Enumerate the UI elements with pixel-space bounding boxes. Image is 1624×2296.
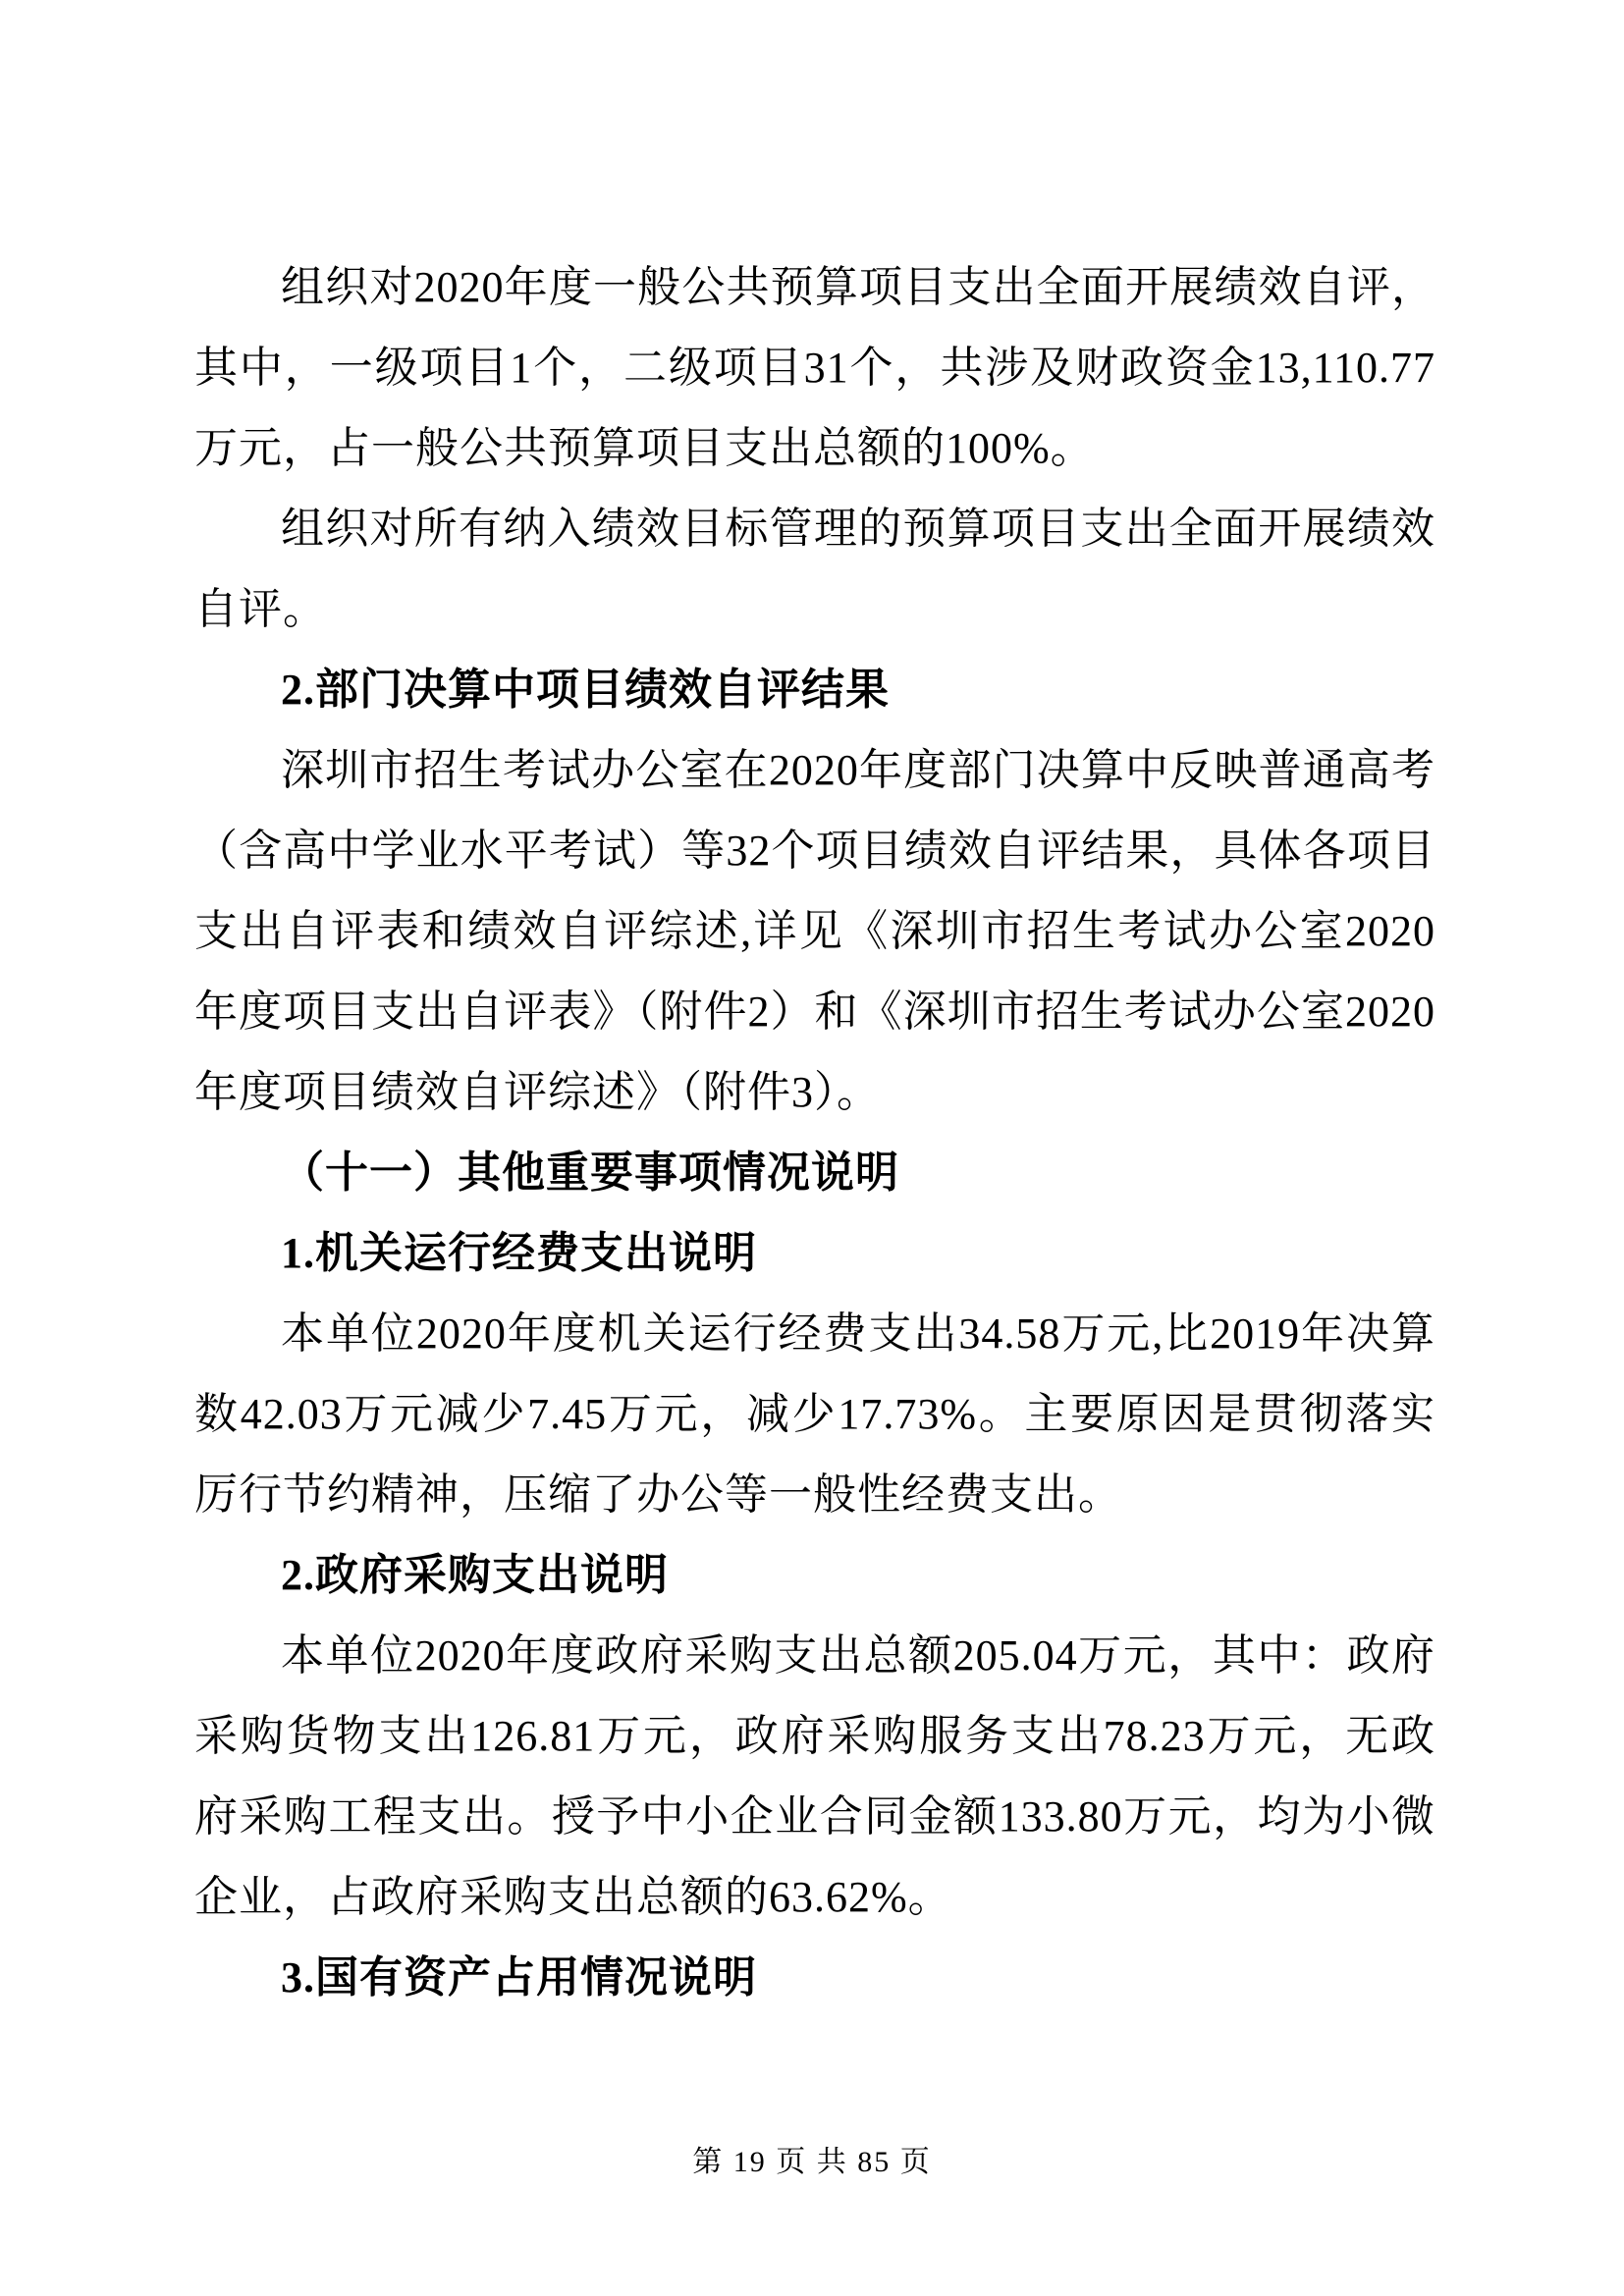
section-heading: 2.政府采购支出说明 [194, 1535, 1435, 1616]
section-heading: 1.机关运行经费支出说明 [194, 1213, 1435, 1294]
body-paragraph: 深圳市招生考试办公室在2020年度部门决算中反映普通高考（含高中学业水平考试）等… [194, 730, 1435, 1133]
document-body: 组织对2020年度一般公共预算项目支出全面开展绩效自评，其中，一级项目1个，二级… [194, 247, 1435, 2018]
section-heading: 2.部门决算中项目绩效自评结果 [194, 650, 1435, 730]
body-paragraph: 本单位2020年度机关运行经费支出34.58万元,比2019年决算数42.03万… [194, 1294, 1435, 1535]
body-paragraph: 组织对所有纳入绩效目标管理的预算项目支出全面开展绩效自评。 [194, 489, 1435, 650]
body-paragraph: 本单位2020年度政府采购支出总额205.04万元，其中：政府采购货物支出126… [194, 1616, 1435, 1938]
section-heading: （十一）其他重要事项情况说明 [194, 1133, 1435, 1213]
section-heading: 3.国有资产占用情况说明 [194, 1938, 1435, 2018]
page-number-footer: 第 19 页 共 85 页 [0, 2145, 1624, 2180]
document-page: 组织对2020年度一般公共预算项目支出全面开展绩效自评，其中，一级项目1个，二级… [0, 0, 1624, 2296]
body-paragraph: 组织对2020年度一般公共预算项目支出全面开展绩效自评，其中，一级项目1个，二级… [194, 247, 1435, 489]
